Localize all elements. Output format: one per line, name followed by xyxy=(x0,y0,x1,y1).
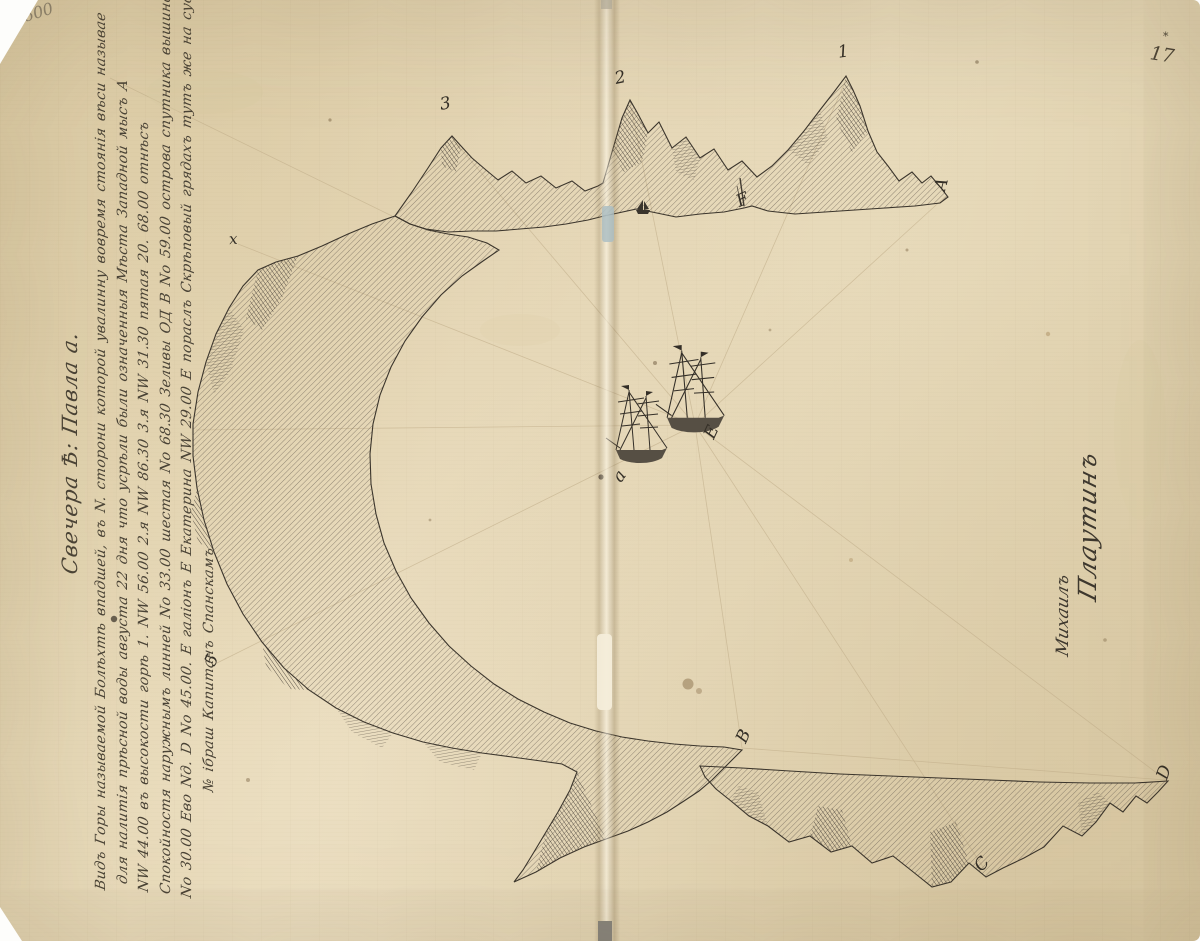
edge-vignette xyxy=(0,0,1200,941)
scanned-manuscript-chart: Свечера Ѣ: Павла а. Видъ Горы называемой… xyxy=(0,0,1200,941)
